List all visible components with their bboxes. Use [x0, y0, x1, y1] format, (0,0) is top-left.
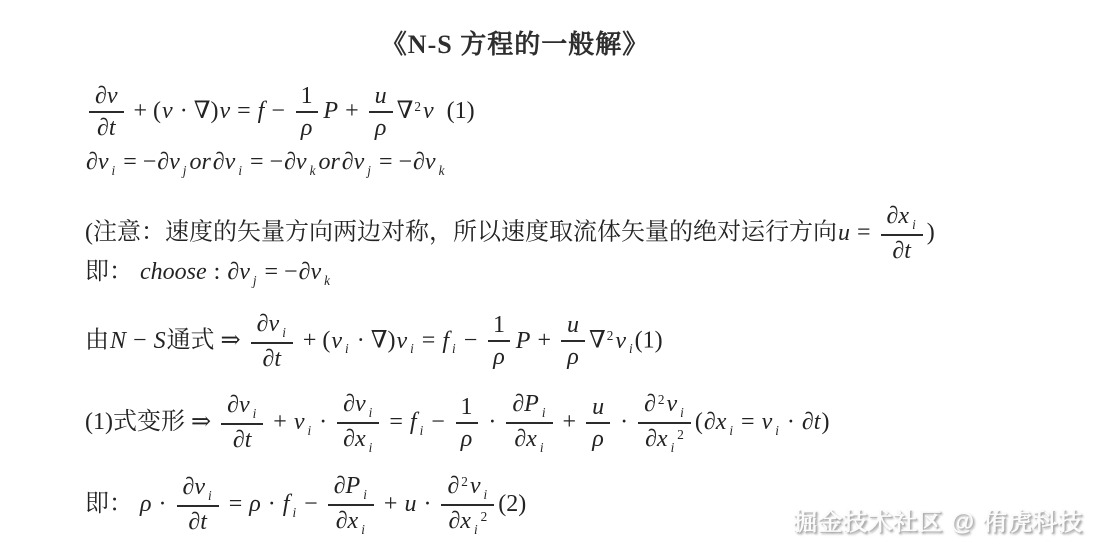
fraction: ∂Pi∂xi [506, 392, 552, 455]
fraction-numerator: ∂2vi [441, 474, 494, 506]
fraction-denominator: ∂t [91, 113, 122, 141]
fraction-numerator: 1 [456, 395, 478, 424]
fraction-denominator: ∂xi [508, 424, 550, 455]
fraction-numerator: 1 [488, 313, 510, 342]
fraction-numerator: ∂Pi [328, 474, 374, 506]
fraction-numerator: ∂vi [177, 475, 219, 507]
fraction-denominator: ρ [455, 424, 479, 452]
equation-1-transformed: (1)式变形 ⇒ ∂vi∂t + vi · ∂vi∂xi = fi − 1ρ ·… [85, 392, 829, 455]
ns-general-equation: ∂v∂t + (v · ∇)v = f − 1ρP + uρ∇2v (1) [85, 84, 475, 141]
page-title: 《N-S 方程的一般解》 [0, 24, 1030, 61]
fraction: 1ρ [295, 84, 319, 141]
fraction: 1ρ [487, 313, 511, 370]
fraction-denominator: ∂xi [330, 506, 372, 537]
fraction-numerator: u [586, 395, 610, 424]
equation-2-result: 即： ρ · ∂vi∂t = ρ · fi − ∂Pi∂xi + u · ∂2v… [85, 474, 526, 537]
fraction-denominator: ∂t [257, 344, 288, 372]
fraction-denominator: ∂t [886, 236, 917, 264]
fraction: ∂v∂t [89, 84, 124, 141]
fraction-numerator: ∂vi [251, 312, 293, 344]
fraction: ∂vi∂t [251, 312, 293, 372]
note-velocity-direction: (注意：速度的矢量方向两边对称，所以速度取流体矢量的绝对运行方向u = ∂xi∂… [85, 204, 935, 264]
fraction-denominator: ρ [561, 342, 585, 370]
fraction: ∂vi∂xi [337, 392, 379, 455]
fraction: ∂vi∂t [177, 475, 219, 535]
fraction-denominator: ∂t [227, 425, 258, 453]
fraction: uρ [561, 313, 585, 370]
fraction-denominator: ∂t [182, 507, 213, 535]
fraction-denominator: ∂xi2 [442, 506, 493, 537]
fraction-numerator: ∂vi [337, 392, 379, 424]
fraction: ∂2vi∂xi2 [441, 474, 494, 537]
fraction: ∂Pi∂xi [328, 474, 374, 537]
fraction: ∂vi∂t [221, 393, 263, 453]
fraction-numerator: ∂vi [221, 393, 263, 425]
ns-formula-substituted: 由N − S通式 ⇒ ∂vi∂t + (vi · ∇)vi = fi − 1ρP… [85, 312, 663, 372]
fraction-numerator: ∂2vi [638, 392, 691, 424]
fraction-numerator: u [369, 84, 393, 113]
choose-condition: 即： choose : ∂vj = −∂vk [85, 259, 332, 288]
fraction: ∂xi∂t [881, 204, 923, 264]
fraction: 1ρ [455, 395, 479, 452]
fraction-numerator: 1 [296, 84, 318, 113]
fraction-numerator: ∂v [89, 84, 124, 113]
fraction-denominator: ∂xi2 [639, 424, 690, 455]
fraction: uρ [369, 84, 393, 141]
document-page: 《N-S 方程的一般解》 ∂v∂t + (v · ∇)v = f − 1ρP +… [0, 0, 1093, 545]
fraction-denominator: ρ [295, 113, 319, 141]
fraction-denominator: ∂xi [337, 424, 379, 455]
fraction-denominator: ρ [369, 113, 393, 141]
fraction-numerator: u [561, 313, 585, 342]
fraction-numerator: ∂Pi [506, 392, 552, 424]
watermark: 掘金技术社区 @ 侑虎科技 [793, 502, 1083, 537]
fraction: uρ [586, 395, 610, 452]
fraction-denominator: ρ [586, 424, 610, 452]
velocity-direction-identities: ∂vi = −∂vjor∂vi = −∂vkor∂vj = −∂vk [85, 149, 446, 178]
fraction-numerator: ∂xi [881, 204, 923, 236]
fraction-denominator: ρ [487, 342, 511, 370]
fraction: ∂2vi∂xi2 [638, 392, 691, 455]
